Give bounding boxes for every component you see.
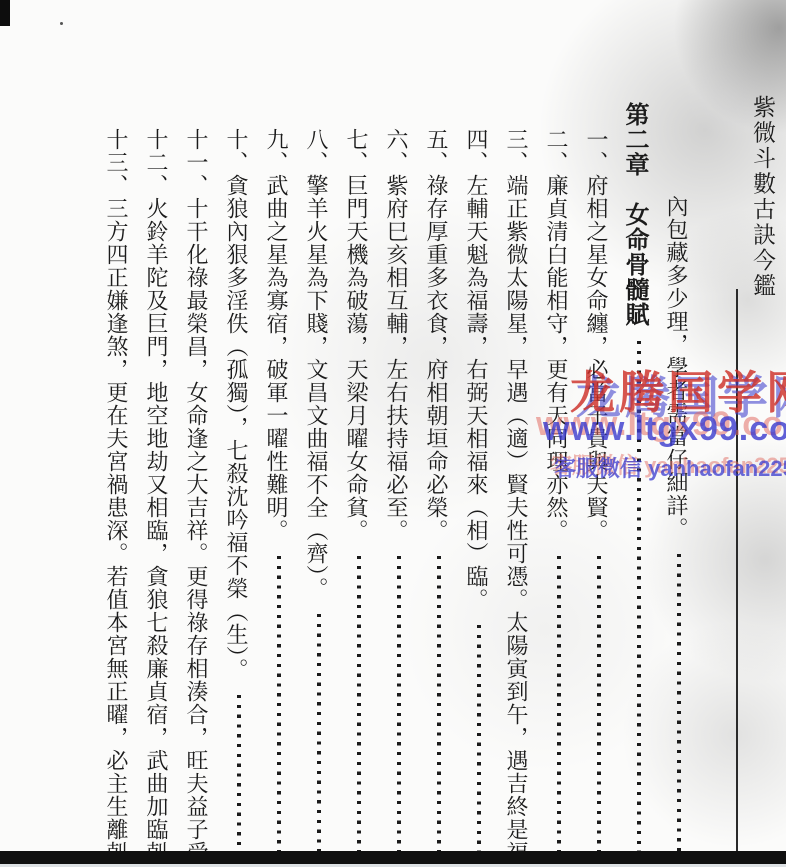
intro-verse-text: 內包藏多少理，學者需當仔細詳。 <box>666 195 692 540</box>
dotted-leader <box>597 556 601 852</box>
chapter-heading-text: 第二章 女命骨髓賦 <box>626 102 652 327</box>
toc-item-text: 十一、十干化祿最榮昌，女命逢之大吉祥。更得祿存相湊合，旺夫益子受 <box>186 128 212 864</box>
chapter-contents: 內包藏多少理，學者需當仔細詳。 第二章 女命骨髓賦 一、府相之星女命纏，必當子貴… <box>92 102 692 852</box>
dotted-leader <box>357 556 361 852</box>
scan-speck <box>60 22 63 25</box>
toc-item-text: 三、端正紫微太陽星，早遇（適）賢夫性可憑。太陽寅到午，遇吉終是福 <box>506 128 532 864</box>
toc-item-2: 二、廉貞清白能相守，更有天同理亦然。 <box>546 102 572 852</box>
toc-item-text: 十、貪狼內狠多淫佚（孤獨），七殺沈吟福不榮（生）。 <box>226 128 252 681</box>
toc-item-text: 五、祿存厚重多衣食，府相朝垣命必榮。 <box>426 128 452 542</box>
toc-item-7: 七、巨門天機為破蕩，天梁月曜女命貧。 <box>346 102 372 852</box>
dotted-leader <box>477 625 481 852</box>
dotted-leader <box>637 341 641 852</box>
book-title: 紫微斗數古訣今鑑 <box>746 95 779 299</box>
toc-item-text: 八、擎羊火星為下賤，文昌文曲福不全（齊）。 <box>306 128 332 600</box>
toc-item-13: 十三、三方四正嫌逢煞，更在夫宮禍患深。若值本宮無正曜，必主生離剋 <box>106 102 132 852</box>
toc-item-text: 九、武曲之星為寡宿，破軍一曜性難明。 <box>266 128 292 542</box>
toc-item-9: 九、武曲之星為寡宿，破軍一曜性難明。 <box>266 102 292 852</box>
toc-item-6: 六、紫府巳亥相互輔，左右扶持福必至。 <box>386 102 412 852</box>
dotted-leader <box>237 695 241 852</box>
dotted-leader <box>397 556 401 852</box>
chapter-heading: 第二章 女命骨髓賦 <box>626 102 652 852</box>
toc-item-4: 四、左輔天魁為福壽，右弼天相福來（相）臨。 <box>466 102 492 852</box>
toc-item-8: 八、擎羊火星為下賤，文昌文曲福不全（齊）。 <box>306 102 332 852</box>
toc-item-text: 一、府相之星女命纏，必當子貴與夫賢。 <box>586 128 612 542</box>
toc-item-text: 二、廉貞清白能相守，更有天同理亦然。 <box>546 128 572 542</box>
toc-item-text: 六、紫府巳亥相互輔，左右扶持福必至。 <box>386 128 412 542</box>
toc-item-text: 四、左輔天魁為福壽，右弼天相福來（相）臨。 <box>466 128 492 611</box>
dotted-leader <box>677 554 681 852</box>
toc-item-1: 一、府相之星女命纏，必當子貴與夫賢。 <box>586 102 612 852</box>
toc-item-text: 七、巨門天機為破蕩，天梁月曜女命貧。 <box>346 128 372 542</box>
toc-item-12: 十二、火鈴羊陀及巨門，地空地劫又相臨，貪狼七殺廉貞宿，武曲加臨剋 <box>146 102 172 852</box>
dotted-leader <box>317 614 321 852</box>
scanned-book-page: 紫微斗數古訣今鑑 內包藏多少理，學者需當仔細詳。 第二章 女命骨髓賦 一、府相之… <box>0 0 786 867</box>
toc-item-3: 三、端正紫微太陽星，早遇（適）賢夫性可憑。太陽寅到午，遇吉終是福 <box>506 102 532 852</box>
toc-item-10: 十、貪狼內狠多淫佚（孤獨），七殺沈吟福不榮（生）。 <box>226 102 252 852</box>
toc-item-text: 十三、三方四正嫌逢煞，更在夫宮禍患深。若值本宮無正曜，必主生離剋 <box>106 128 132 864</box>
intro-verse: 內包藏多少理，學者需當仔細詳。 <box>666 102 692 852</box>
dotted-leader <box>437 556 441 852</box>
dotted-leader <box>557 556 561 852</box>
title-separator-line <box>736 289 738 852</box>
toc-item-5: 五、祿存厚重多衣食，府相朝垣命必榮。 <box>426 102 452 852</box>
scan-edge-bottom-bar <box>0 851 786 864</box>
dotted-leader <box>277 556 281 852</box>
scan-edge-artifact <box>0 0 10 26</box>
toc-item-text: 十二、火鈴羊陀及巨門，地空地劫又相臨，貪狼七殺廉貞宿，武曲加臨剋 <box>146 128 172 864</box>
toc-item-11: 十一、十干化祿最榮昌，女命逢之大吉祥。更得祿存相湊合，旺夫益子受 <box>186 102 212 852</box>
